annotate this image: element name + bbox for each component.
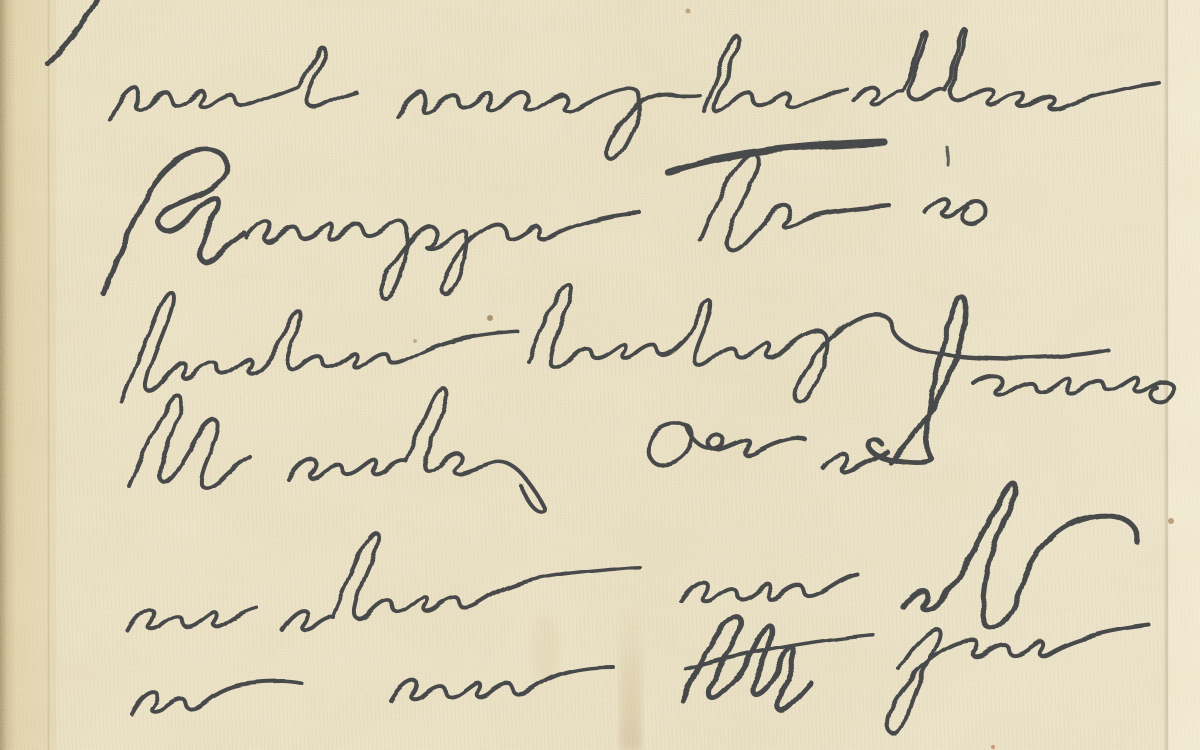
edge-vignette — [0, 0, 1200, 750]
letter-page: (descender stroke of a word cut off by t… — [0, 0, 1200, 750]
